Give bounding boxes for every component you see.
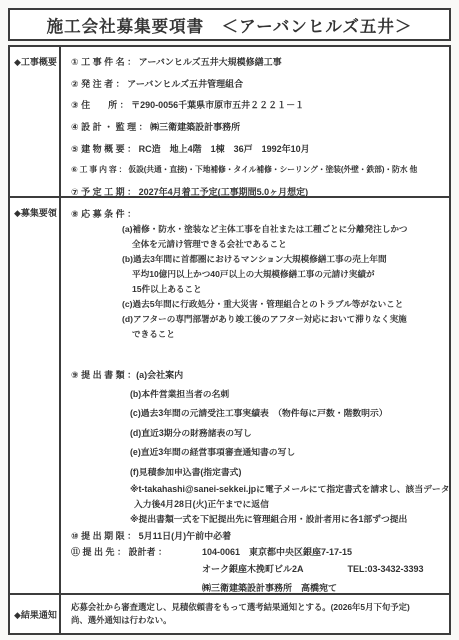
destination-address-line3: ㈱三衛建築設計事務所 高橋宛て [202,579,337,593]
overview-line-schedule: ⑦ 予 定 工 期 ： 2027年4月着工予定(工事期間5.0ヶ月想定) [71,181,447,196]
document-page: 施工会社募集要項書 ＜アーバンヒルズ五井＞ ◆工事概要 ① 工 事 件 名 ： … [0,0,459,640]
condition-line: 平均10億円以上かつ40戸以上の大規模修繕工事の元請け実績が [132,267,447,282]
overview-line-designer: ④ 設 計 ・ 監 理 ： ㈱三衛建築設計事務所 [71,116,447,138]
document-note-reply-deadline: 入力後4月28日(火)正午までに返信 [134,497,447,512]
document-line: (a)会社案内 [136,366,183,385]
overview-line-scope: ⑥ 工 事 内 容 ： 仮設(共通・直接)・下地補修・タイル補修・シーリング・塗… [71,159,447,181]
main-table: ◆工事概要 ① 工 事 件 名 ： アーバンヒルズ五井大規模修繕工事 ② 発 注… [8,45,451,635]
overview-line-address: ③ 住 所 ： 〒290-0056千葉県市原市五井２２２１－１ [71,94,447,116]
condition-line: (c)過去5年間に行政処分・重大災害・管理組合とのトラブル等がないこと [122,297,447,312]
section-label-overview: ◆工事概要 [10,47,61,196]
destination-phone: TEL:03-3432-3393 [348,560,424,579]
submission-destination-heading: ⑪ 提 出 先 ： 設計者 ： [71,544,202,560]
section-label-result: ◆結果通知 [10,595,61,633]
section-content-application: ⑧ 応 募 条 件 ： (a)補修・防水・塗装など主体工事を自社または工種ごとに… [61,198,449,593]
documents-heading-line: ⑨ 提 出 書 類 ： (a)会社案内 [71,366,447,385]
document-line: (b)本件営業担当者の名刺 [130,385,447,404]
section-overview: ◆工事概要 ① 工 事 件 名 ： アーバンヒルズ五井大規模修繕工事 ② 発 注… [10,47,449,198]
condition-line: できること [132,327,447,342]
application-conditions-heading: ⑧ 応 募 条 件 ： [71,207,447,222]
condition-line: (a)補修・防水・塗装など主体工事を自社または工種ごとに分離発注しかつ [122,222,447,237]
document-note-copies: ※提出書類一式を下記提出先に管理組合用・設計者用に各1部ずつ提出 [130,512,447,527]
document-line: (d)直近3期分の財務諸表の写し [130,424,447,443]
overview-line-project-name: ① 工 事 件 名 ： アーバンヒルズ五井大規模修繕工事 [71,51,447,73]
document-line: (e)直近3年間の経営事項審査通知書の写し [130,443,447,462]
condition-line: (b)過去3年間に首都圏におけるマンション大規模修繕工事の売上年間 [122,252,447,267]
page-title: 施工会社募集要項書 ＜アーバンヒルズ五井＞ [47,13,413,37]
condition-line: (d)アフターの専門部署があり竣工後のアフター対応において滞りなく実施 [122,312,447,327]
destination-address-line3-row: ㈱三衛建築設計事務所 高橋宛て [202,579,447,593]
section-content-result: 応募会社から審査選定し、見積依頼書をもって選考結果通知とする。(2026年5月下… [61,595,449,633]
section-label-application: ◆募集要領 [10,198,61,593]
section-content-overview: ① 工 事 件 名 ： アーバンヒルズ五井大規模修繕工事 ② 発 注 者 ： ア… [61,47,449,196]
document-line: (f)見積参加申込書(指定書式) [130,463,447,482]
section-result: ◆結果通知 応募会社から審査選定し、見積依頼書をもって選考結果通知とする。(20… [10,595,449,633]
result-line-notification: 応募会社から審査選定し、見積依頼書をもって選考結果通知とする。(2026年5月下… [71,601,447,614]
overview-line-client: ② 発 注 者 ： アーバンヒルズ五井管理組合 [71,73,447,95]
title-box: 施工会社募集要項書 ＜アーバンヒルズ五井＞ [8,8,451,41]
section-gap [71,342,447,366]
condition-line: 全体を元請け管理できる会社であること [132,237,447,252]
document-line: (c)過去3年間の元請受注工事実績表 （物件毎に戸数・階数明示） [130,404,447,423]
destination-address-line2-row: オーク銀座木挽町ビル2A TEL:03-3432-3393 [202,560,447,579]
destination-address-line1: 104-0061 東京都中央区銀座7-17-15 [202,544,352,560]
submission-deadline-line: ⑩ 提 出 期 限 ： 5月11日(月)午前中必着 [71,528,447,544]
document-note-email: ※t-takahashi@sanei-sekkei.jpに電子メールにて指定書式… [130,482,447,497]
section-application: ◆募集要領 ⑧ 応 募 条 件 ： (a)補修・防水・塗装など主体工事を自社また… [10,198,449,595]
documents-heading: ⑨ 提 出 書 類 ： [71,366,136,385]
destination-address-line2: オーク銀座木挽町ビル2A [202,560,304,579]
overview-line-building: ⑤ 建 物 概 要 ： RC造 地上4階 1棟 36戸 1992年10月 [71,137,447,159]
result-line-no-notice: 尚、選外通知は行わない。 [71,614,447,627]
submission-destination-line: ⑪ 提 出 先 ： 設計者 ： 104-0061 東京都中央区銀座7-17-15 [71,544,447,560]
condition-line: 15件以上あること [132,282,447,297]
